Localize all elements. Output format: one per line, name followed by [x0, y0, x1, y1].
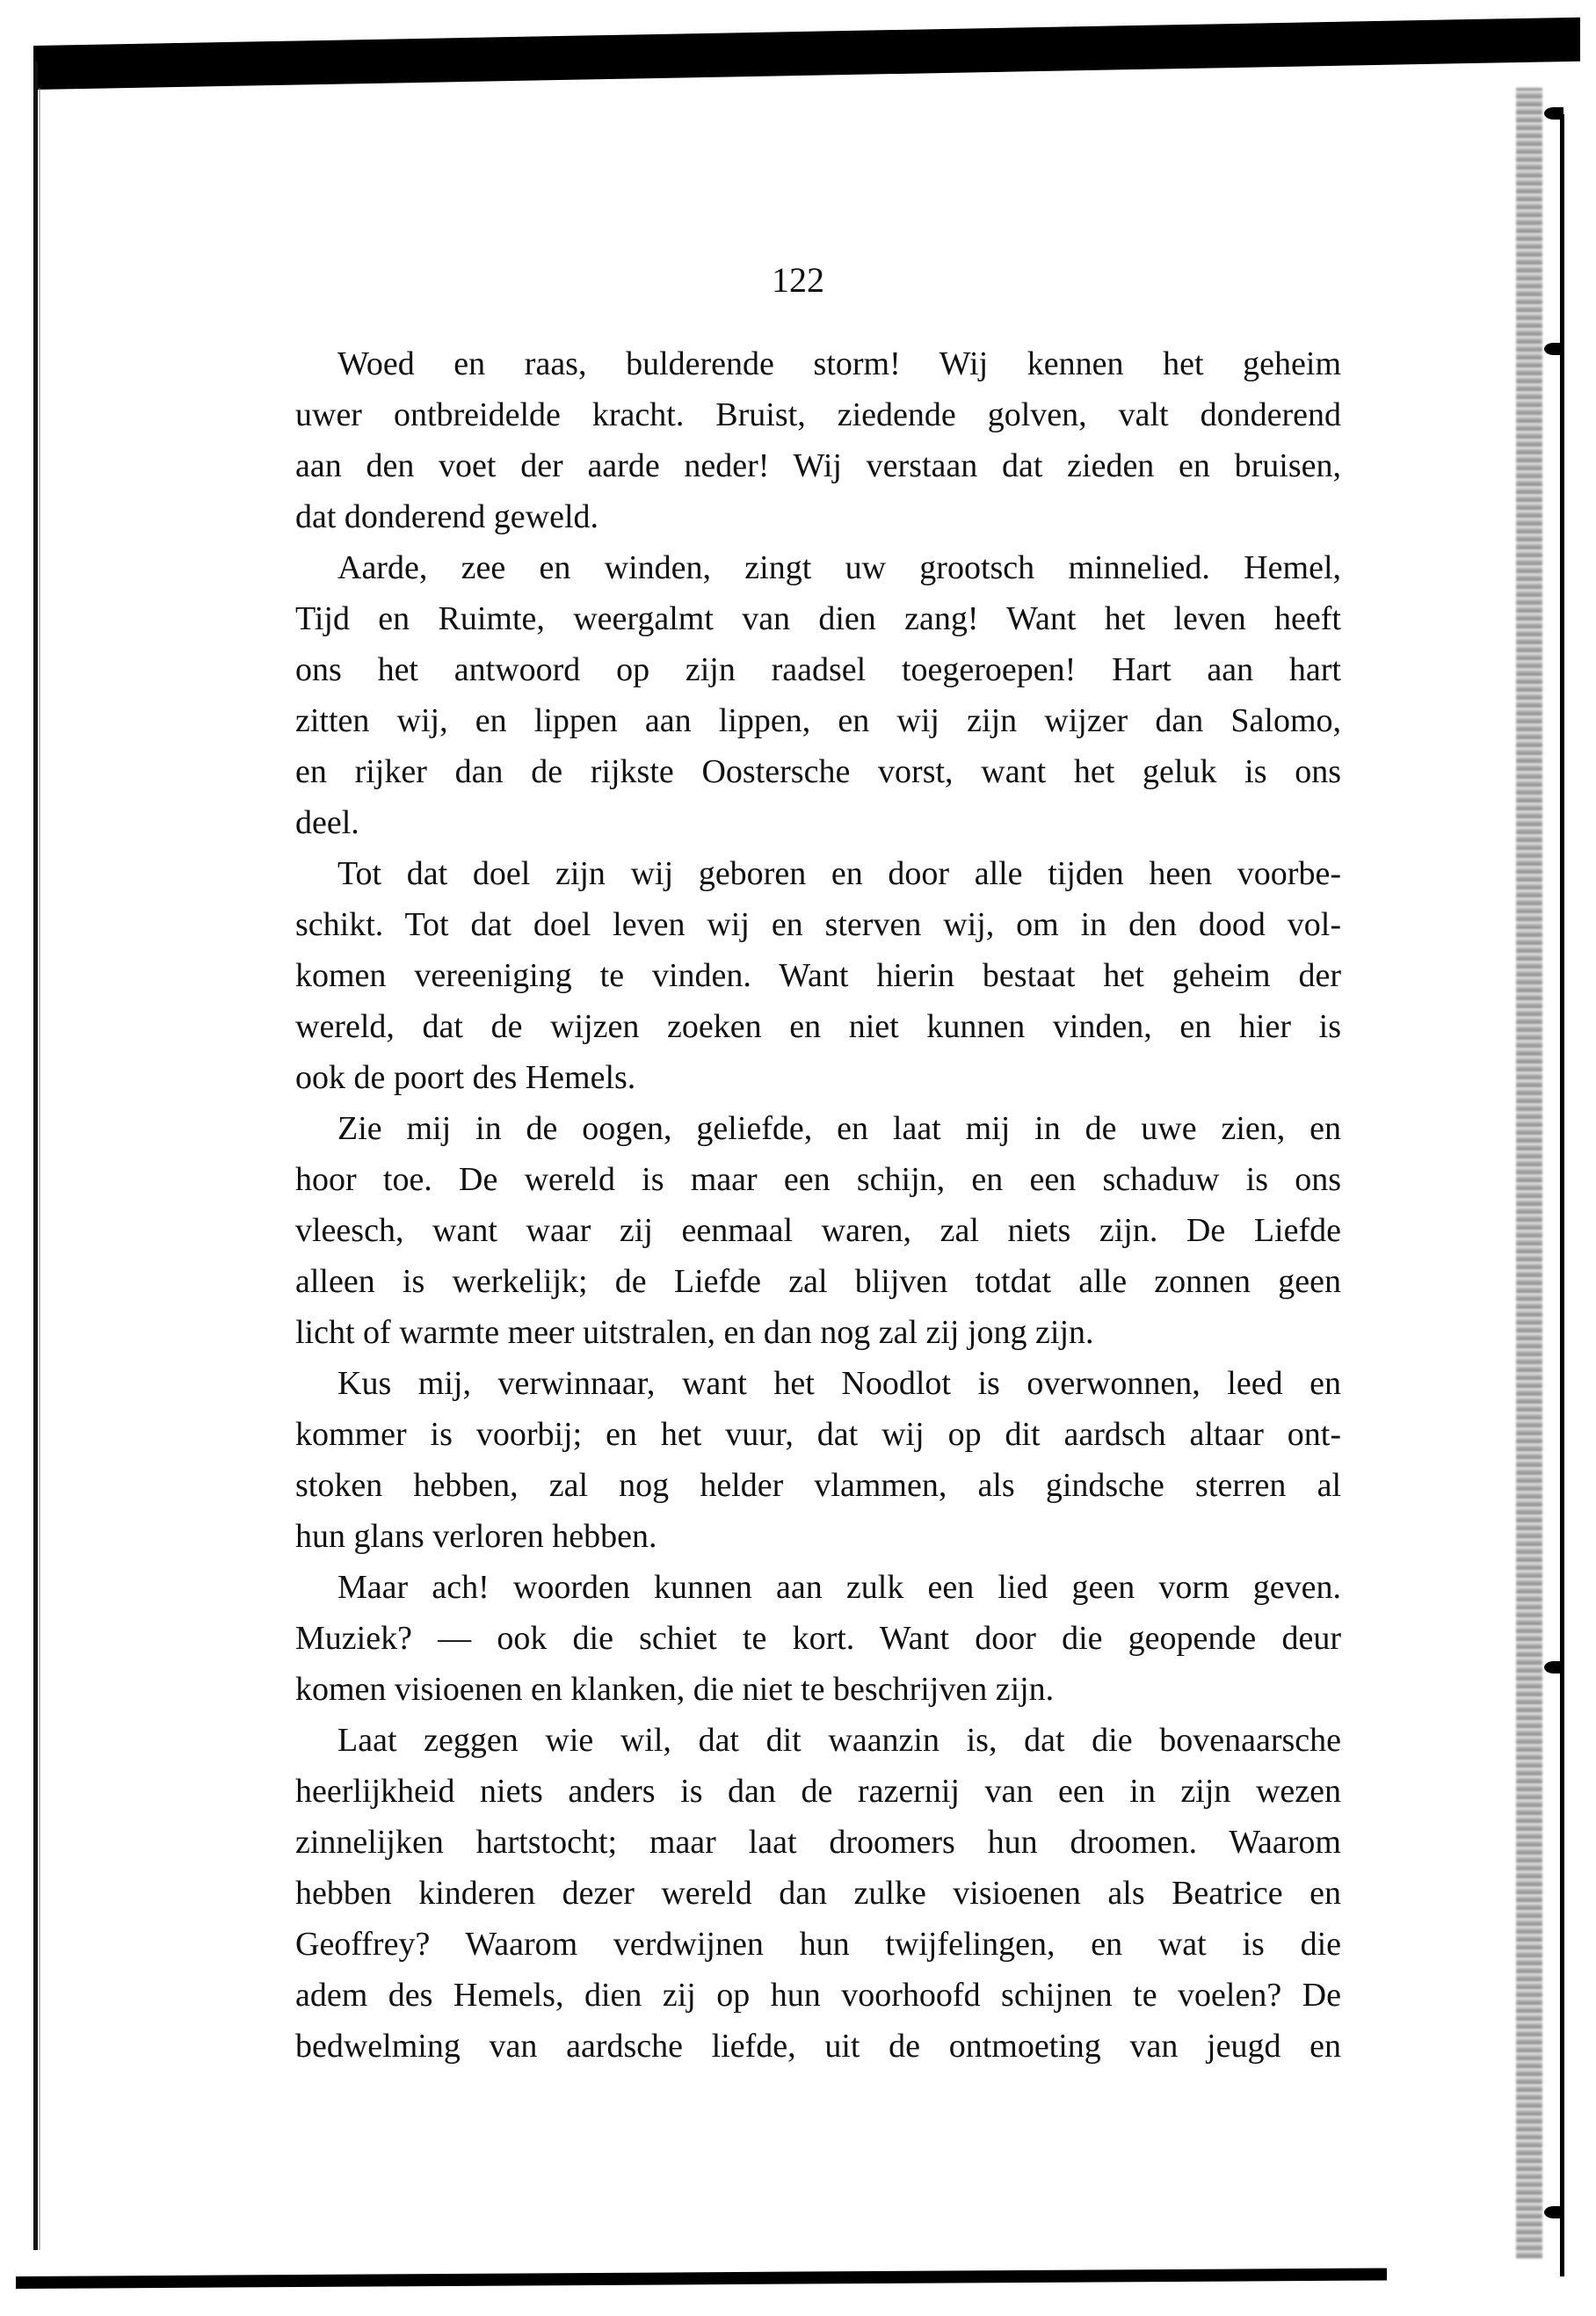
paragraph: Kus mij, verwinnaar, want het Noodlot is… — [295, 1358, 1341, 1562]
text-line: deel. — [295, 797, 1341, 848]
text-line: komen visioenen en klanken, die niet te … — [295, 1664, 1341, 1715]
scan-top-border — [33, 18, 1580, 90]
text-line: ook de poort des Hemels. — [295, 1052, 1341, 1103]
text-line: uwer ontbreidelde kracht. Bruist, zieden… — [295, 389, 1341, 440]
text-line: aan den voet der aarde neder! Wij versta… — [295, 440, 1341, 491]
text-line: alleen is werkelijk; de Liefde zal blijv… — [295, 1256, 1341, 1307]
paragraph: Woed en raas, bulderende storm! Wij kenn… — [295, 338, 1341, 542]
scan-left-border — [33, 62, 38, 2250]
text-line: schikt. Tot dat doel leven wij en sterve… — [295, 899, 1341, 950]
scan-binding-shadow — [1516, 88, 1542, 2259]
text-line: Maar ach! woorden kunnen aan zulk een li… — [295, 1562, 1341, 1613]
text-line: Laat zeggen wie wil, dat dit waanzin is,… — [295, 1715, 1341, 1766]
paragraph: Aarde, zee en winden, zingt uw grootsch … — [295, 542, 1341, 848]
page-number: 122 — [0, 259, 1596, 301]
text-line: wereld, dat de wijzen zoeken en niet kun… — [295, 1001, 1341, 1052]
scan-edge-notch — [1544, 1661, 1563, 1673]
paragraph: Laat zeggen wie wil, dat dit waanzin is,… — [295, 1715, 1341, 2072]
scanned-page: 122 Woed en raas, bulderende storm! Wij … — [0, 0, 1596, 2316]
scan-edge-notch — [1544, 343, 1563, 355]
scan-left-border-shadow — [39, 88, 40, 2250]
text-line: kommer is voorbij; en het vuur, dat wij … — [295, 1409, 1341, 1460]
text-line: zitten wij, en lippen aan lippen, en wij… — [295, 695, 1341, 746]
text-line: Aarde, zee en winden, zingt uw grootsch … — [295, 542, 1341, 593]
text-line: hun glans verloren hebben. — [295, 1511, 1341, 1562]
text-line: Geoffrey? Waarom verdwijnen hun twijfeli… — [295, 1919, 1341, 1970]
paragraph: Tot dat doel zijn wij geboren en door al… — [295, 848, 1341, 1103]
text-line: hoor toe. De wereld is maar een schijn, … — [295, 1154, 1341, 1205]
paragraph: Maar ach! woorden kunnen aan zulk een li… — [295, 1562, 1341, 1715]
text-line: zinnelijken hartstocht; maar laat droome… — [295, 1817, 1341, 1868]
scan-right-border — [1560, 114, 1564, 2276]
paragraph: Zie mij in de oogen, geliefde, en laat m… — [295, 1103, 1341, 1358]
body-text: Woed en raas, bulderende storm! Wij kenn… — [295, 338, 1341, 2072]
scan-bottom-border — [16, 2268, 1387, 2289]
text-line: Woed en raas, bulderende storm! Wij kenn… — [295, 338, 1341, 389]
text-line: komen vereeniging te vinden. Want hierin… — [295, 950, 1341, 1001]
scan-edge-notch — [1544, 2206, 1563, 2218]
text-line: ons het antwoord op zijn raadsel toegero… — [295, 644, 1341, 695]
text-line: bedwelming van aardsche liefde, uit de o… — [295, 2021, 1341, 2072]
text-line: Muziek? — ook die schiet te kort. Want d… — [295, 1613, 1341, 1664]
text-line: hebben kinderen dezer wereld dan zulke v… — [295, 1868, 1341, 1919]
text-line: Tot dat doel zijn wij geboren en door al… — [295, 848, 1341, 899]
text-line: vleesch, want waar zij eenmaal waren, za… — [295, 1205, 1341, 1256]
scan-edge-notch — [1544, 107, 1563, 120]
text-line: Tijd en Ruimte, weergalmt van dien zang!… — [295, 593, 1341, 644]
text-line: stoken hebben, zal nog helder vlammen, a… — [295, 1460, 1341, 1511]
text-line: adem des Hemels, dien zij op hun voorhoo… — [295, 1970, 1341, 2021]
text-line: Zie mij in de oogen, geliefde, en laat m… — [295, 1103, 1341, 1154]
text-line: heerlijkheid niets anders is dan de raze… — [295, 1766, 1341, 1817]
text-line: licht of warmte meer uitstralen, en dan … — [295, 1307, 1341, 1358]
text-line: en rijker dan de rijkste Oostersche vors… — [295, 746, 1341, 797]
text-line: Kus mij, verwinnaar, want het Noodlot is… — [295, 1358, 1341, 1409]
text-line: dat donderend geweld. — [295, 491, 1341, 542]
